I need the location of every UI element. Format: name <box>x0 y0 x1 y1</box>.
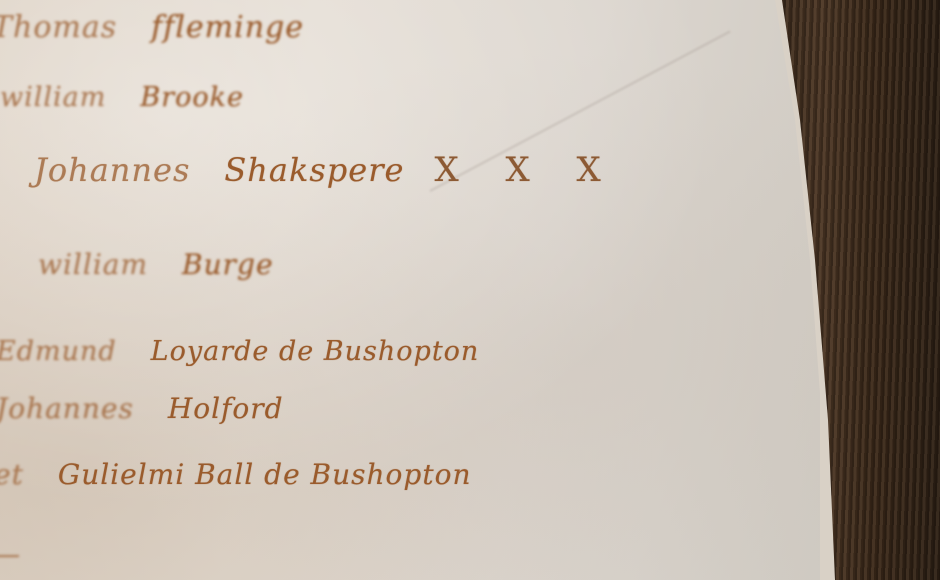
surname: Gulielmi Ball de Bushopton <box>58 458 472 491</box>
manuscript-line-5: EdmundLoyarde de Bushopton <box>0 336 479 367</box>
given-name: Edmund <box>0 336 117 367</box>
given-name: william <box>38 248 148 281</box>
manuscript-line-8: — <box>0 540 55 570</box>
given-name: — <box>0 540 21 570</box>
manuscript-line-2: williamBrooke <box>0 82 244 113</box>
given-name: et <box>0 458 24 491</box>
surname: Loyarde de Bushopton <box>151 336 480 367</box>
surname: Holford <box>168 392 284 425</box>
manuscript-line-4: williamBurge <box>38 248 274 281</box>
surname: Brooke <box>140 82 244 113</box>
given-name: Thomas <box>0 10 117 45</box>
surname: Shakspere <box>224 151 404 189</box>
given-name: Johannes <box>0 392 134 425</box>
surname: ffleminge <box>151 10 304 45</box>
given-name: Johannes <box>34 151 190 189</box>
cross-marks: X X X <box>434 150 618 190</box>
manuscript-line-1: Thomasffleminge <box>0 10 304 45</box>
surname: Burge <box>182 248 274 281</box>
given-name: william <box>0 82 106 113</box>
manuscript-line-7: etGulielmi Ball de Bushopton <box>0 458 471 491</box>
manuscript-line-3: JohannesShakspereX X X <box>34 150 619 190</box>
manuscript-line-6: JohannesHolford <box>0 392 284 425</box>
